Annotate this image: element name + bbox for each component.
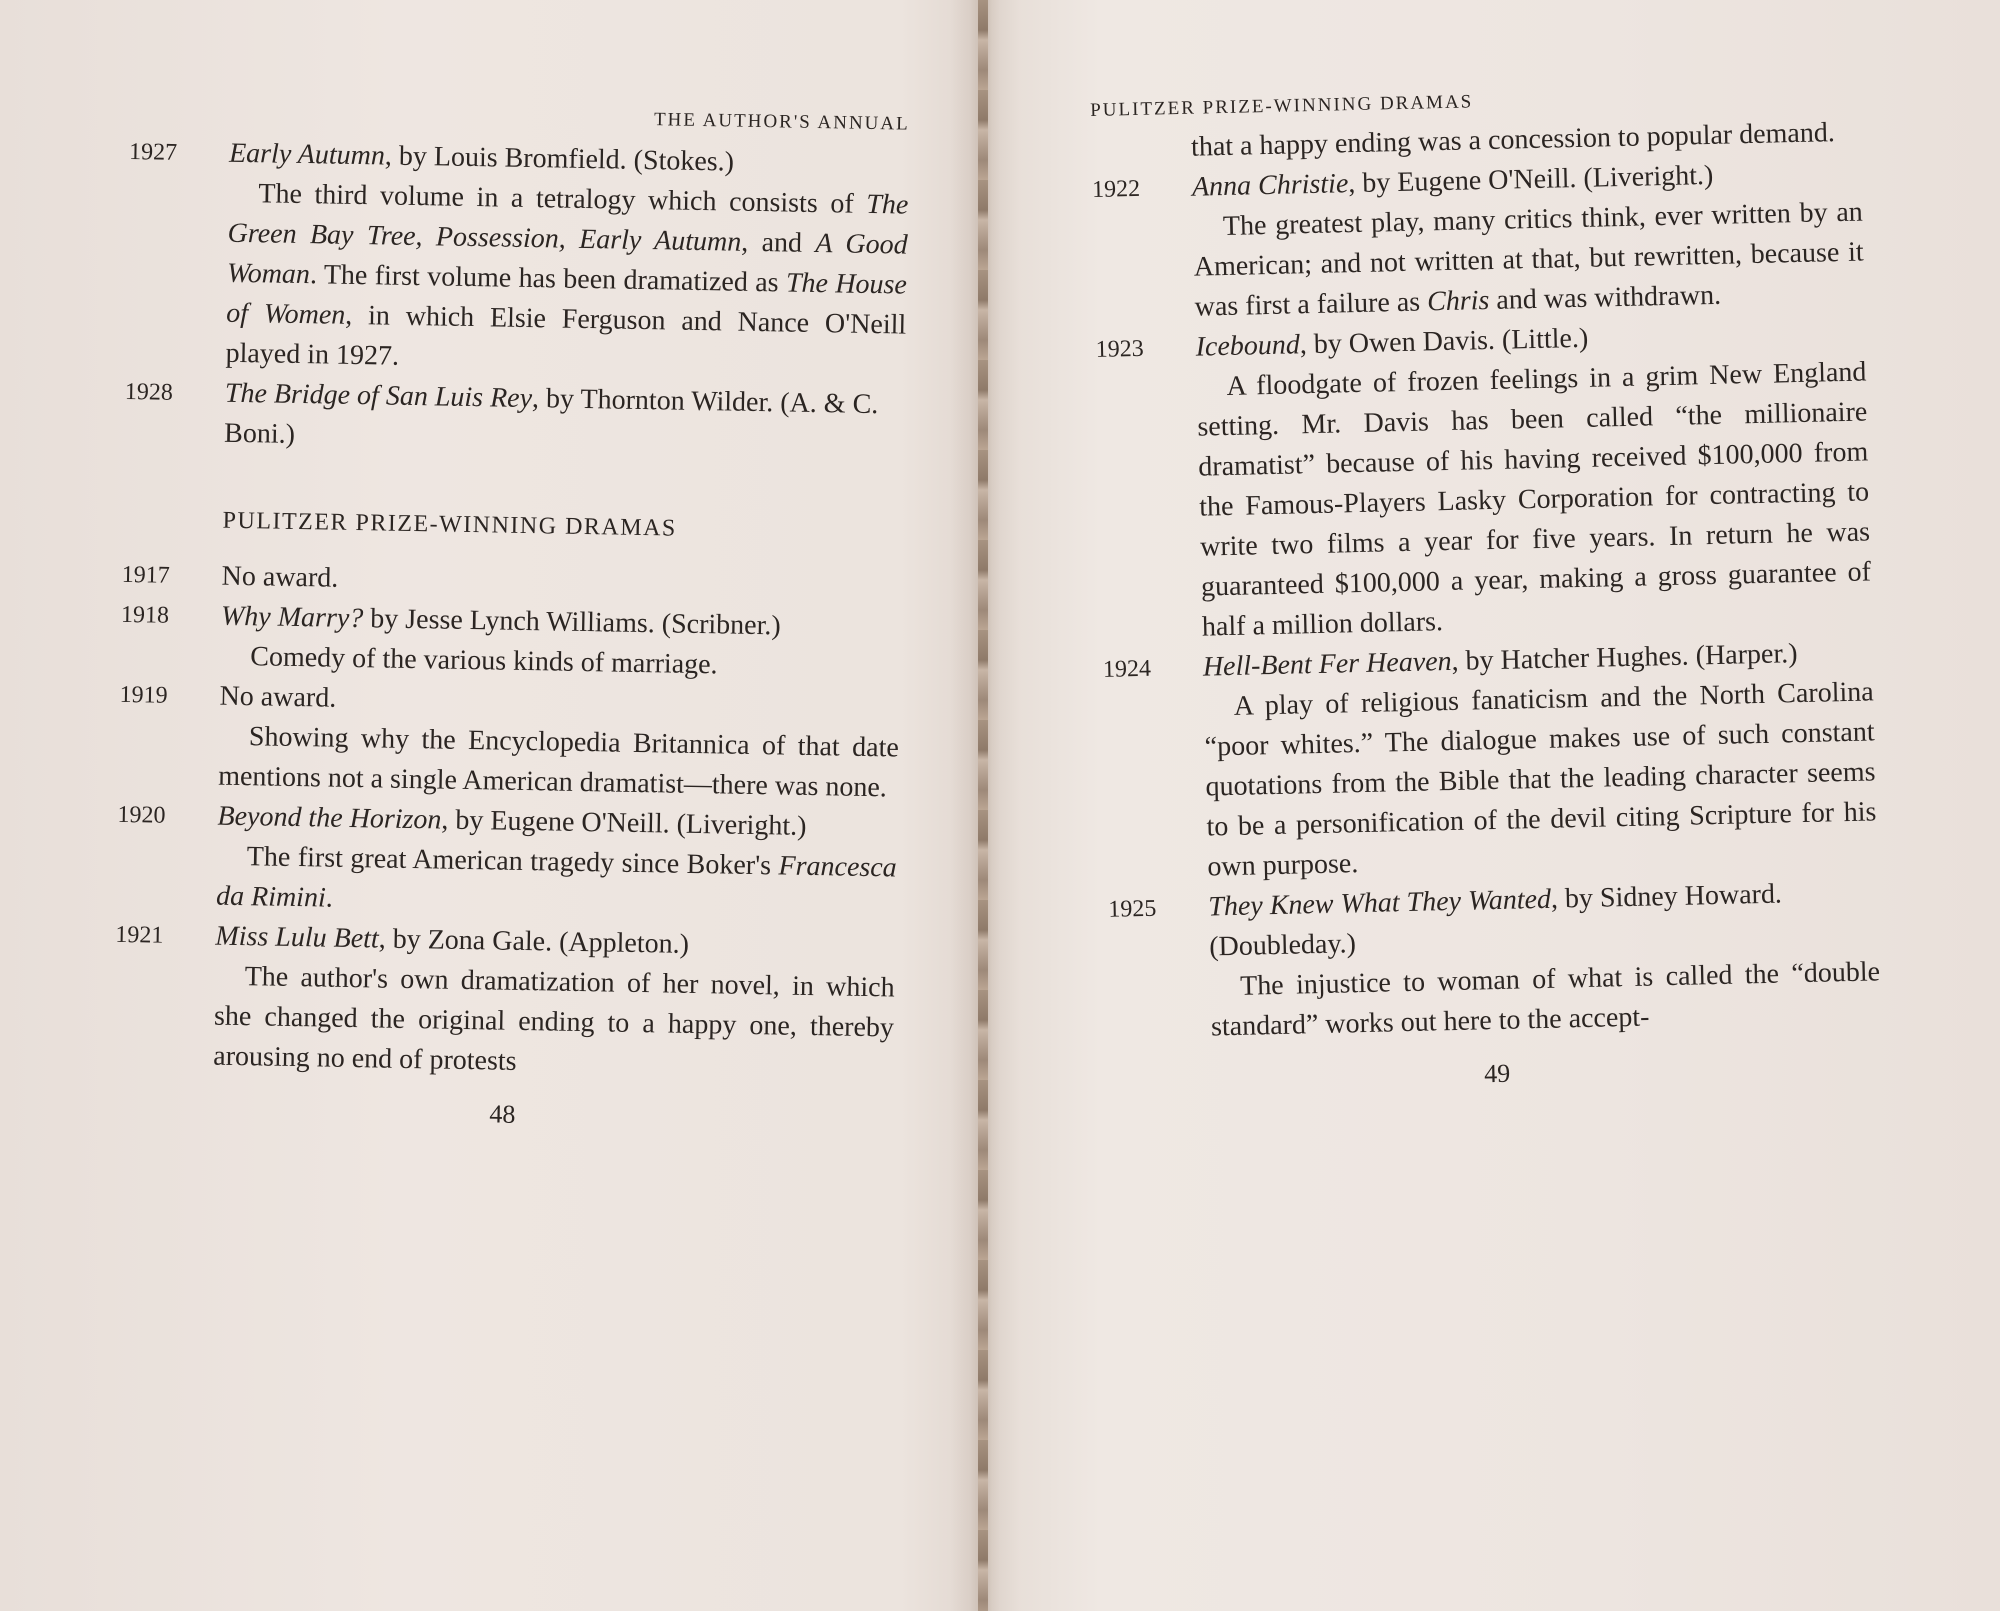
entry-1918: 1918 Why Marry? by Jesse Lynch Williams.… [120,595,901,689]
entry-description: The author's own dramatization of her no… [213,957,895,1089]
entry-title: Why Marry? [221,601,364,634]
entry-1920: 1920 Beyond the Horizon, by Eugene O'Nei… [116,795,898,929]
entry-description: A play of religious fanaticism and the N… [1203,672,1877,887]
desc-text: . The first volume has been dramatized a… [310,259,787,298]
entry-1928: 1928 The Bridge of San Luis Rey, by Thor… [124,372,905,466]
entry-title: They Knew What They Wanted [1208,884,1551,923]
entry-year: 1917 [121,555,202,596]
entry-title: Beyond the Horizon [217,801,441,836]
page-number: 49 [1112,1050,1882,1097]
book-spread: The Author's Annual 1927 Early Autumn, b… [0,0,2000,1611]
entry-heading: They Knew What They Wanted, by Sidney Ho… [1208,872,1880,967]
entry-citation: , by Eugene O'Neill. (Liveright.) [1348,160,1714,199]
entry-year: 1928 [125,372,206,413]
page-number: 48 [112,1093,892,1137]
running-head: The Author's Annual [130,100,910,136]
entry-1925: 1925 They Knew What They Wanted, by Sidn… [1108,872,1881,1049]
desc-text: . [326,883,334,914]
entry-year: 1919 [119,675,200,716]
desc-text: , and [741,227,816,259]
entry-year: 1922 [1092,168,1173,210]
entry-citation: , by Owen Davis. (Little.) [1299,323,1588,361]
entry-year: 1923 [1095,328,1176,370]
entry-year: 1920 [117,795,198,836]
desc-text: The first great American tragedy since B… [247,841,779,881]
entry-citation: No award. [221,561,338,594]
entry-year: 1927 [129,132,210,173]
entry-heading: The Bridge of San Luis Rey, by Thornton … [224,374,905,466]
entry-1921: 1921 Miss Lulu Bett, by Zona Gale. (Appl… [113,915,896,1089]
entry-citation: by Jesse Lynch Williams. (Scribner.) [363,603,781,641]
book-gutter [978,0,988,1611]
entry-1919: 1919 No award. Showing why the Encyclope… [118,675,900,809]
entry-year: 1921 [115,915,196,956]
entry-year: 1924 [1102,648,1183,690]
entry-1927: 1927 Early Autumn, by Louis Bromfield. (… [125,132,909,386]
entry-description: The greatest play, many critics think, e… [1192,193,1865,328]
entry-description: The third volume in a tetralogy which co… [225,174,908,386]
entry-title: Icebound [1195,329,1300,362]
entry-title: Early Autumn [229,138,385,172]
entry-description: Showing why the Encyclopedia Britannica … [218,717,899,809]
entry-title: The Bridge of San Luis Rey [225,378,533,414]
section-title: Pulitzer Prize-Winning Dramas [222,508,902,547]
entry-description: The first great American tragedy since B… [216,837,897,929]
entry-citation: , by Hatcher Hughes. (Harper.) [1451,638,1798,677]
entry-1923: 1923 Icebound, by Owen Davis. (Little.) … [1095,312,1872,649]
entry-citation: No award. [219,681,336,714]
entry-1924: 1924 Hell-Bent Fer Heaven, by Hatcher Hu… [1102,632,1877,889]
desc-text: The third volume in a tetralogy which co… [258,178,866,220]
entry-year: 1925 [1108,888,1189,930]
entry-description: A floodgate of frozen feelings in a grim… [1196,352,1872,647]
right-page: Pulitzer Prize-Winning Dramas that a hap… [1090,83,1882,1098]
entry-citation: , by Eugene O'Neill. (Liveright.) [441,805,807,842]
entry-citation: , by Louis Bromfield. (Stokes.) [385,140,735,177]
entry-title: Hell-Bent Fer Heaven [1203,646,1452,683]
entry-year: 1918 [121,595,202,636]
desc-text: and was withdrawn. [1489,280,1721,316]
entry-1922: 1922 Anna Christie, by Eugene O'Neill. (… [1092,153,1865,330]
entry-description: The injustice to woman of what is called… [1210,952,1882,1047]
left-page: The Author's Annual 1927 Early Autumn, b… [112,100,910,1136]
entry-title: Miss Lulu Bett [215,921,379,955]
entry-citation: , by Zona Gale. (Appleton.) [378,923,689,959]
desc-italic: Chris [1427,285,1490,317]
entry-title: Anna Christie [1192,168,1349,203]
